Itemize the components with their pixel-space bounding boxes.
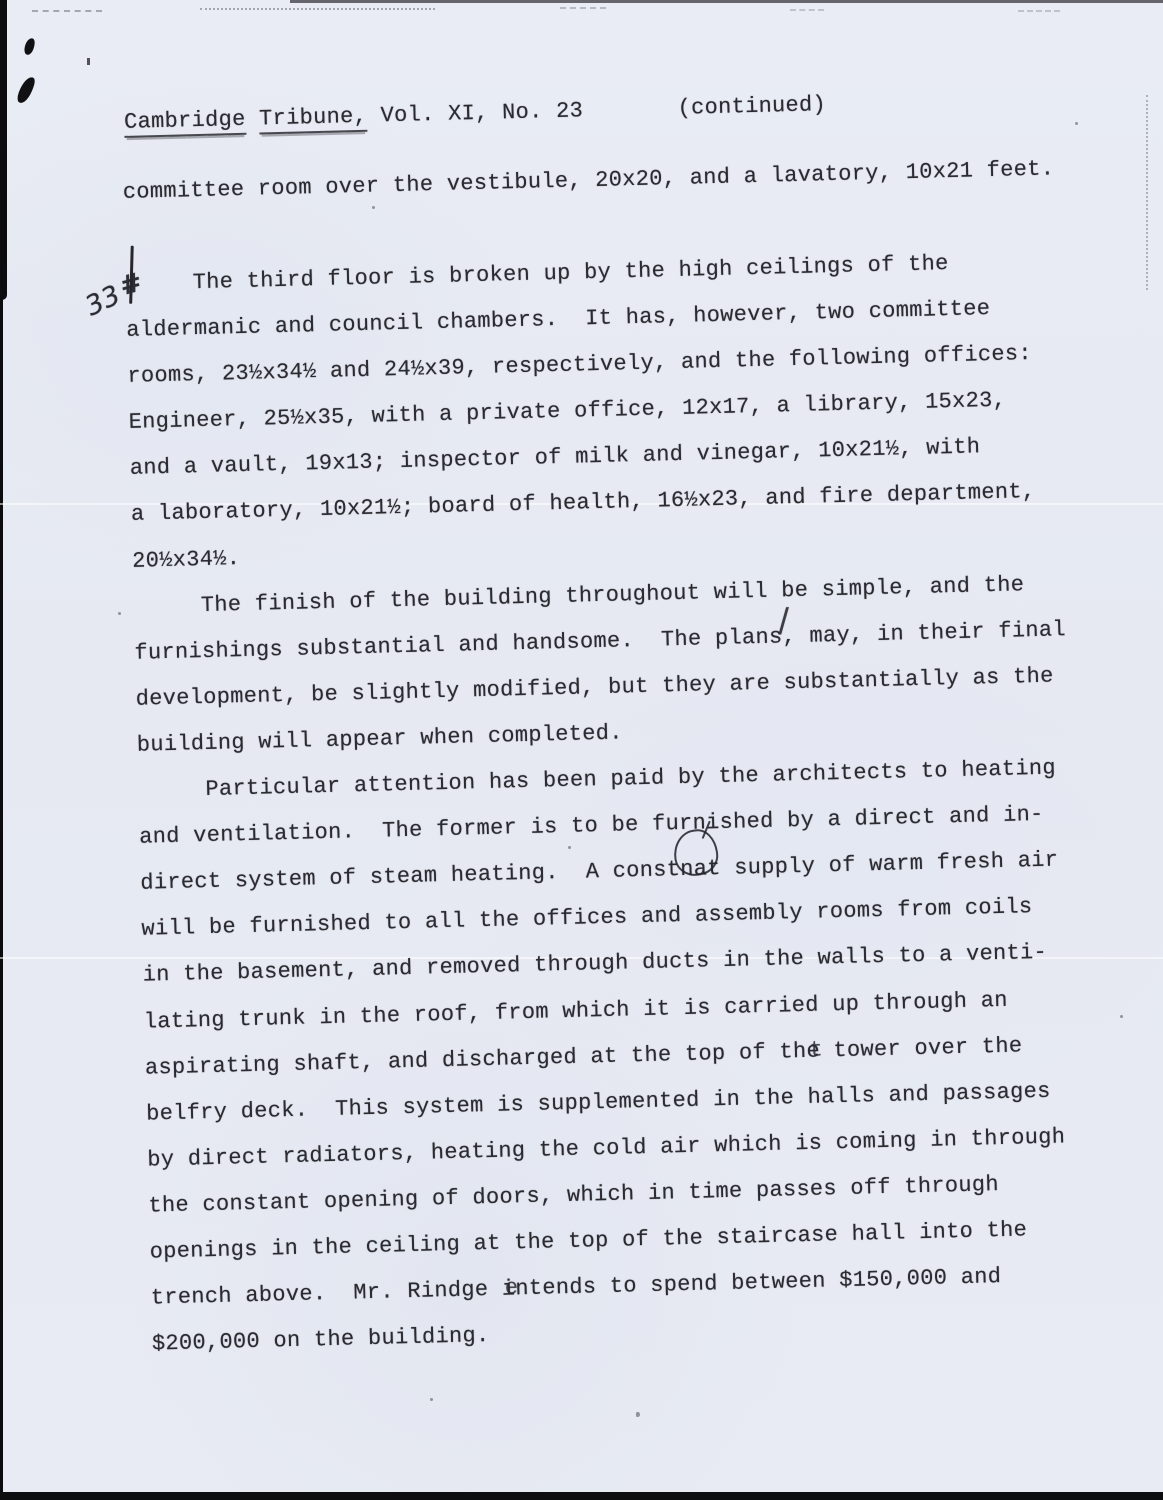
text-segment: direct system of steam heating. A const [140, 857, 681, 896]
text-segment: ntends to spend between $150,000 and [515, 1264, 1002, 1301]
document-title: Cambridge Tribune, Vol. XI, No. 23 (cont… [124, 92, 827, 135]
intro-line: committee room over the vestibule, 20x20… [123, 156, 1055, 205]
text-segment [245, 106, 259, 131]
text-segment [583, 96, 678, 123]
text-segment: building will appear when completed. [137, 720, 624, 757]
scanned-document-page: Cambridge Tribune, Vol. XI, No. 23 (cont… [0, 0, 1163, 1500]
scan-speck [118, 612, 121, 615]
text-segment: $200,000 on the building. [152, 1323, 490, 1357]
text-segment-ot: i [501, 1266, 516, 1312]
text-segment: (continued) [677, 92, 826, 121]
margin-annotation-digits: 33 [80, 279, 125, 322]
scan-edge-left-top [0, 0, 7, 300]
text-segment: 20½x34½. [132, 546, 241, 574]
scan-noise-dash [32, 10, 102, 12]
text-segment: furnishings substantial and handsome. Th… [134, 624, 783, 665]
text-segment: trench above. Mr. Rindge [151, 1277, 503, 1311]
margin-annotation: 33# [38, 246, 120, 318]
text-segment-u: Cambridge [124, 107, 246, 138]
text-segment-ot: e [806, 1028, 821, 1074]
text-segment: Vol. XI, No. 23 [367, 98, 584, 128]
text-segment: aspirating shaft, and discharged at the … [145, 1039, 807, 1081]
text-segment: t supply of warm fresh air [707, 848, 1059, 882]
text-segment-loop: na [680, 847, 708, 894]
text-segment: may, in their final [796, 617, 1067, 649]
ink-blot [87, 58, 90, 65]
text-segment-u: Tribune, [259, 104, 368, 135]
scan-speck-column [1146, 95, 1148, 290]
ink-blot [23, 37, 36, 56]
text-segment-ot: , [782, 614, 797, 660]
text-segment: tower over the [820, 1033, 1023, 1063]
ink-blot [16, 75, 37, 105]
body-text: The third floor is broken up by the high… [125, 238, 1084, 1367]
typewritten-text-block: Cambridge Tribune, Vol. XI, No. 23 (cont… [118, 0, 1156, 1500]
